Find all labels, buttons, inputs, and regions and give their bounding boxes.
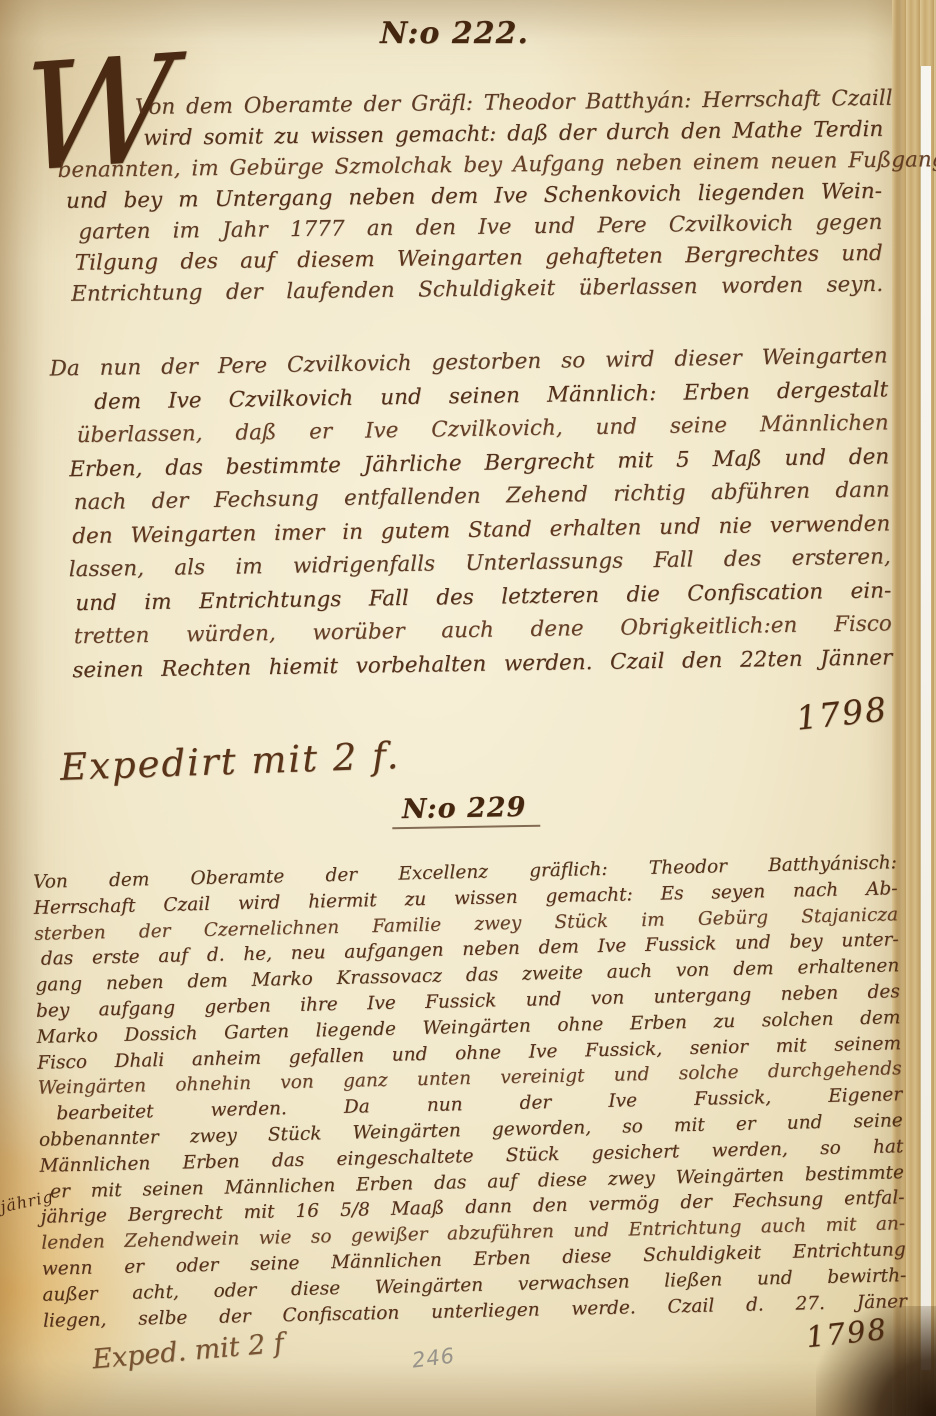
- expedit-note-229: Exped. mit 2 f: [91, 1328, 285, 1376]
- entry-number-222: N:o 222.: [380, 16, 529, 51]
- manuscript-page: N:o 222. W Von dem Oberamte der Gräfl: T…: [0, 0, 936, 1416]
- pencil-page-number: 246: [411, 1343, 457, 1372]
- entry-222-paragraph-2: Da nun der Pere Czvilkovich gestorben so…: [41, 339, 892, 687]
- next-page-edge: [920, 66, 931, 1370]
- entry-number-229: N:o 229: [392, 792, 541, 830]
- entry-229-paragraph: Von dem Oberamte der Excellenz gräflich:…: [33, 850, 907, 1334]
- expedit-note-222: Expedirt mit 2 f.: [59, 734, 401, 789]
- entry-222-paragraph-1: Von dem Oberamte der Gräfl: Theodor Batt…: [43, 83, 884, 310]
- entry-222-year: 1798: [794, 689, 890, 737]
